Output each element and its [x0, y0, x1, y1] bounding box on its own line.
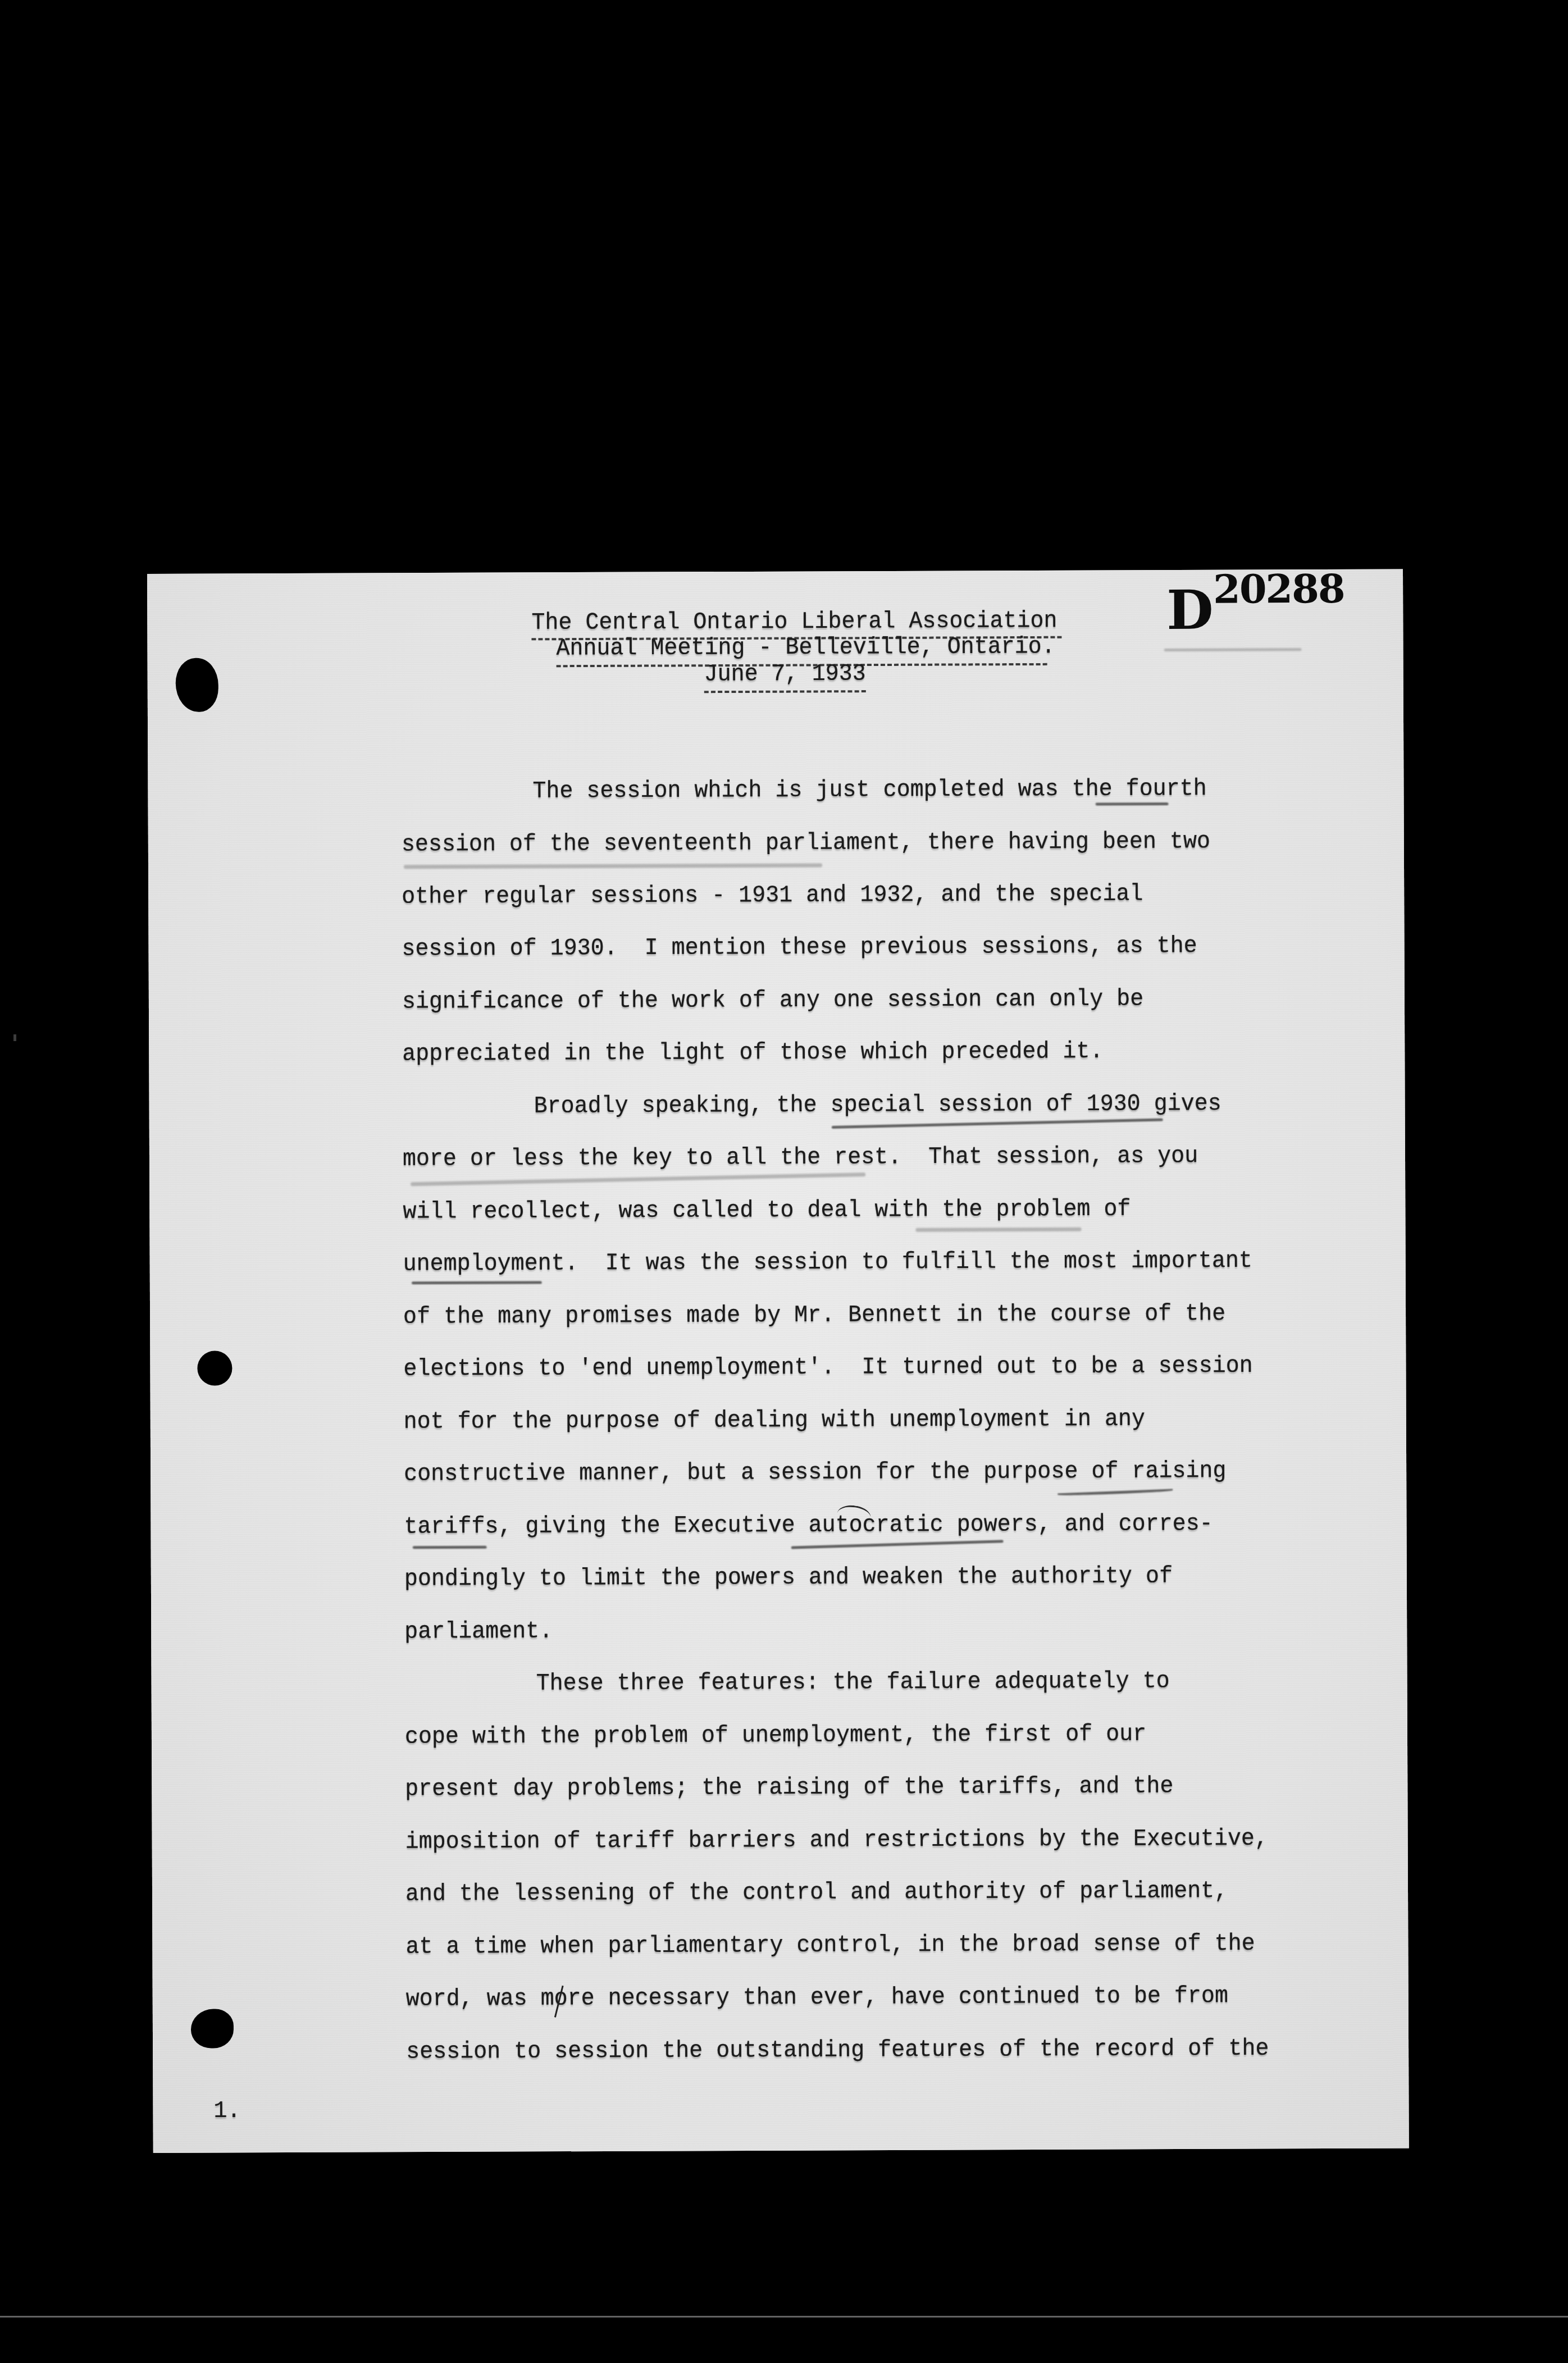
underline-autocratic-powers: [791, 1540, 1004, 1549]
underline-of-raising: [1058, 1489, 1173, 1496]
body-line-18: These three features: the failure adequa…: [536, 1670, 1170, 1696]
scan-speck: [13, 1034, 16, 1041]
body-line-9: will recollect, was called to deal with …: [403, 1198, 1131, 1224]
underline-unemployment: [412, 1281, 542, 1284]
underline-session-seventeenth: [404, 863, 822, 869]
document-page: D 20288 The Central Ontario Liberal Asso…: [147, 569, 1409, 2153]
body-line-25: session to session the outstanding featu…: [406, 2037, 1269, 2064]
body-line-21: imposition of tariff barriers and restri…: [405, 1827, 1268, 1854]
punch-hole-bottom: [191, 2009, 234, 2048]
body-line-12: elections to 'end unemployment'. It turn…: [403, 1354, 1252, 1381]
body-line-5: significance of the work of any one sess…: [402, 988, 1143, 1014]
body-line-23: at a time when parliamentary control, in…: [405, 1932, 1255, 1959]
body-line-19: cope with the problem of unemployment, t…: [405, 1723, 1146, 1749]
body-line-4: session of 1930. I mention these previou…: [402, 935, 1197, 961]
body-line-24: word, was more necessary than ever, have…: [406, 1985, 1228, 2012]
underline-fourth: [1096, 802, 1169, 805]
body-line-15: tariffs, giving the Executive autocratic…: [404, 1513, 1213, 1540]
body-line-20: present day problems; the raising of the…: [405, 1775, 1173, 1801]
underline-key-to-all: [411, 1173, 865, 1186]
underline-special-session: [832, 1118, 1163, 1129]
scan-edge-line: [0, 2316, 1568, 2318]
body-line-7: Broadly speaking, the special session of…: [534, 1093, 1221, 1119]
archive-stamp-letter: D: [1166, 583, 1214, 637]
body-line-14: constructive manner, but a session for t…: [404, 1460, 1226, 1487]
underline-problem-of: [915, 1228, 1081, 1232]
header-date-underline: [704, 690, 866, 693]
body-line-2: session of the seventeenth parliament, t…: [402, 831, 1210, 857]
body-line-10: unemployment. It was the session to fulf…: [403, 1249, 1252, 1276]
body-line-8: more or less the key to all the rest. Th…: [403, 1145, 1198, 1171]
body-line-17: parliament.: [404, 1620, 553, 1644]
archive-stamp-number: 20288: [1213, 569, 1344, 609]
body-line-16: pondingly to limit the powers and weaken…: [404, 1565, 1173, 1591]
body-line-1: The session which is just completed was …: [532, 778, 1206, 804]
punch-hole-top: [176, 658, 218, 712]
header-date: June 7, 1933: [704, 663, 866, 687]
stamp-smudge: [1164, 648, 1302, 651]
underline-tariffs: [413, 1546, 487, 1549]
page-number: 1.: [213, 2100, 240, 2123]
body-line-3: other regular sessions - 1931 and 1932, …: [402, 883, 1143, 909]
body-line-22: and the lessening of the control and aut…: [405, 1880, 1228, 1907]
body-line-6: appreciated in the light of those which …: [402, 1040, 1103, 1066]
header-title: The Central Ontario Liberal Association: [531, 610, 1057, 636]
body-line-13: not for the purpose of dealing with unem…: [404, 1408, 1145, 1434]
header-subtitle: Annual Meeting - Belleville, Ontario.: [556, 636, 1055, 661]
punch-hole-middle: [197, 1351, 232, 1385]
body-line-11: of the many promises made by Mr. Bennett…: [403, 1303, 1225, 1330]
